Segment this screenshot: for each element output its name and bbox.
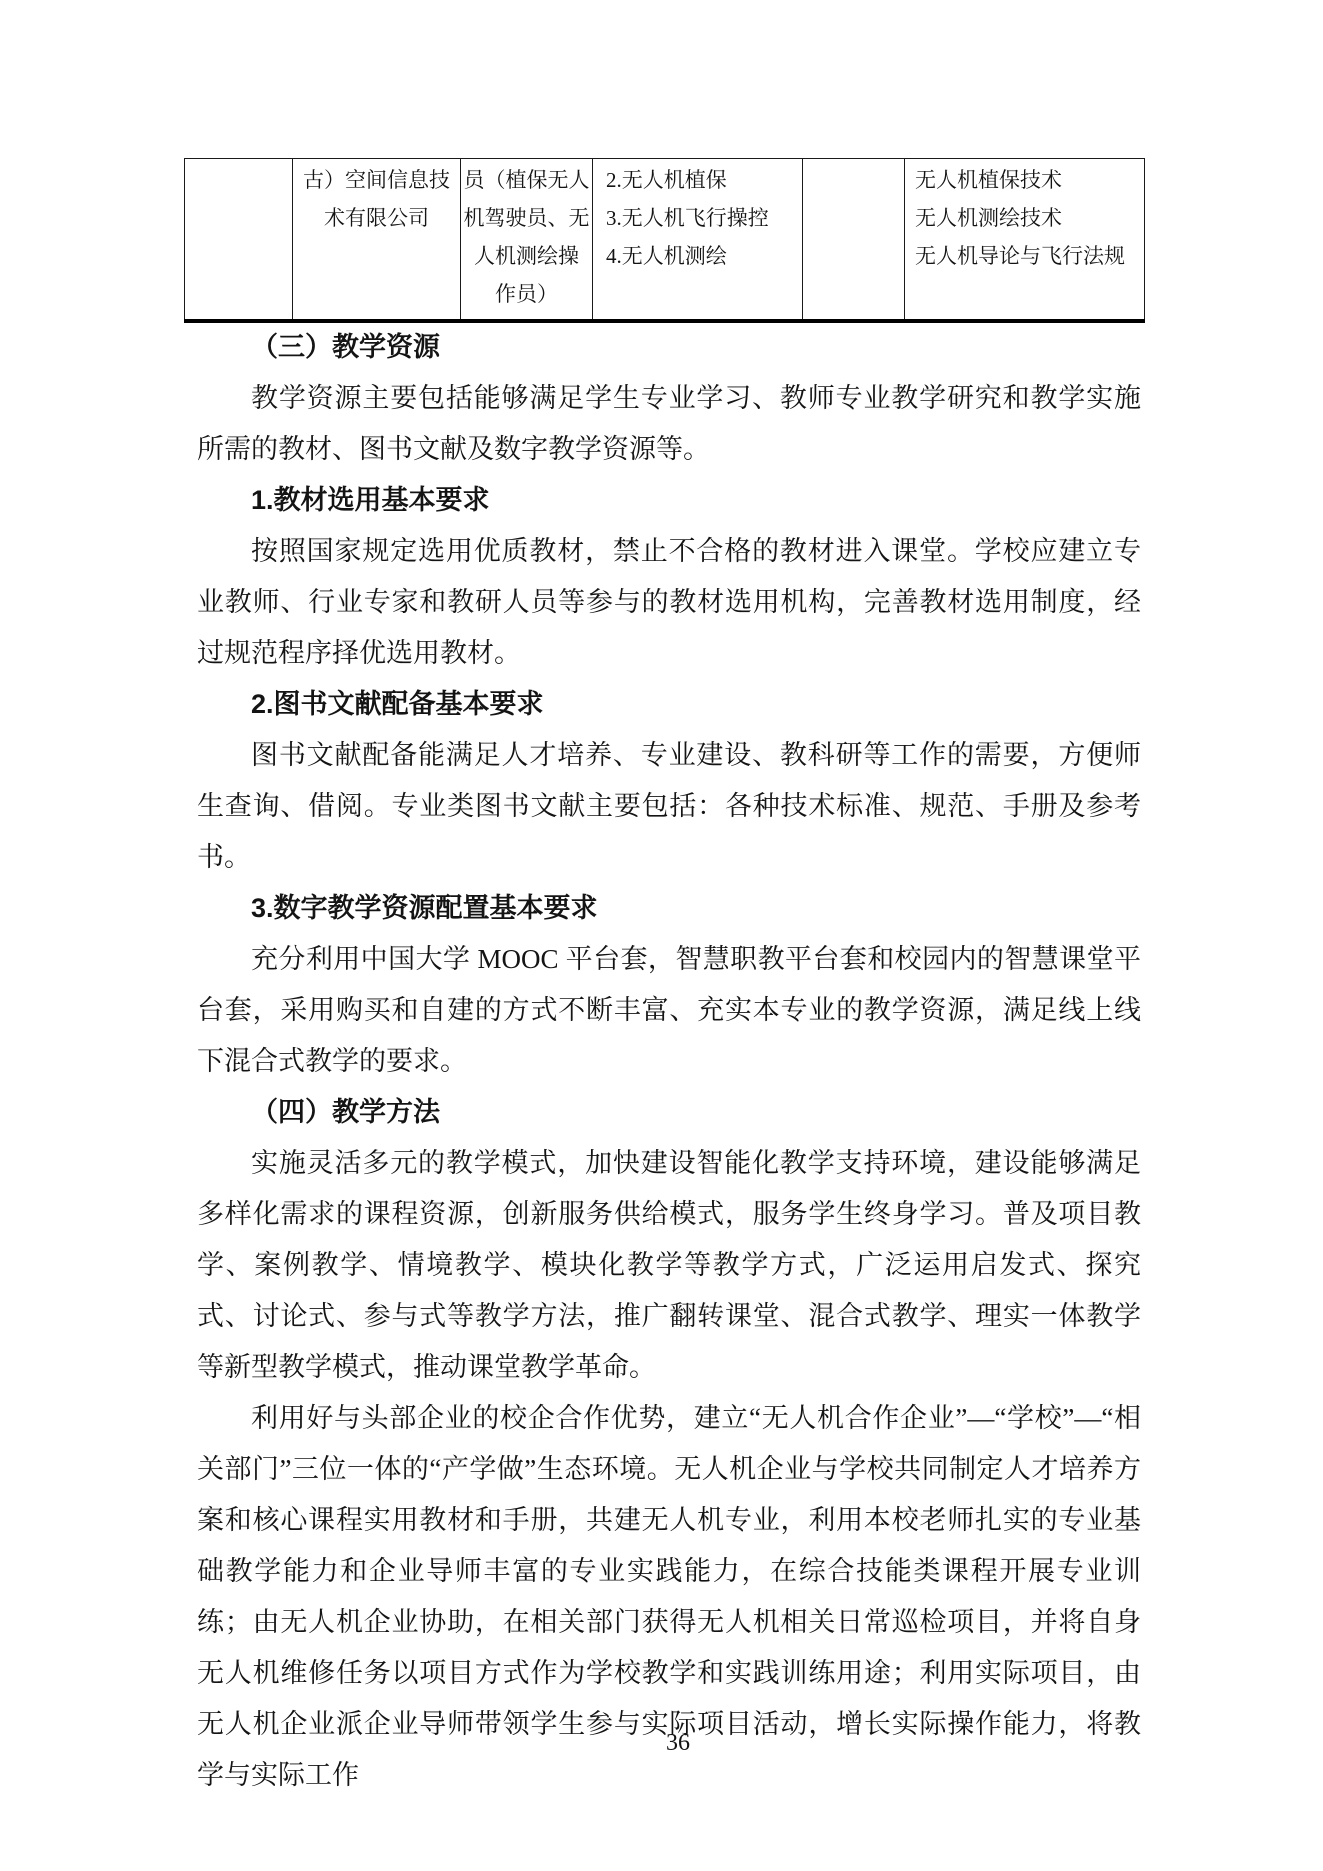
table-cell-positions: 员（植保无人 机驾驶员、无 人机测绘操 作员） [461, 159, 593, 322]
table-row: 古）空间信息技 术有限公司 员（植保无人 机驾驶员、无 人机测绘操 作员） 2.… [185, 159, 1145, 322]
table-cell-line: 古）空间信息技 [293, 161, 460, 199]
table-cell-line: 无人机测绘技术 [915, 199, 1144, 237]
table-cell-line: 无人机植保技术 [915, 161, 1144, 199]
paragraph: 充分利用中国大学 MOOC 平台套，智慧职教平台套和校园内的智慧课堂平台套，采用… [197, 934, 1141, 1087]
subheading-textbook-selection: 1.教材选用基本要求 [197, 475, 1141, 526]
paragraph: 教学资源主要包括能够满足学生专业学习、教师专业教学研究和教学实施所需的教材、图书… [197, 373, 1141, 475]
table-cell-courses: 无人机植保技术 无人机测绘技术 无人机导论与飞行法规 [905, 159, 1145, 322]
table-cell-empty-1 [185, 159, 293, 322]
table-cell-company: 古）空间信息技 术有限公司 [293, 159, 461, 322]
table-cell-line: 3.无人机飞行操控 [606, 199, 802, 237]
table-cell-line: 无人机导论与飞行法规 [915, 237, 1144, 275]
paragraph: 按照国家规定选用优质教材，禁止不合格的教材进入课堂。学校应建立专业教师、行业专家… [197, 526, 1141, 679]
paragraph: 实施灵活多元的教学模式，加快建设智能化教学支持环境，建设能够满足多样化需求的课程… [197, 1138, 1141, 1393]
table-cell-empty-2 [803, 159, 905, 322]
paragraph: 图书文献配备能满足人才培养、专业建设、教科研等工作的需要，方便师生查询、借阅。专… [197, 730, 1141, 883]
document-page: 古）空间信息技 术有限公司 员（植保无人 机驾驶员、无 人机测绘操 作员） 2.… [0, 0, 1323, 1871]
page-number: 36 [0, 1727, 1323, 1759]
section-heading-teaching-methods: （四）教学方法 [197, 1087, 1141, 1138]
document-body: （三）教学资源 教学资源主要包括能够满足学生专业学习、教师专业教学研究和教学实施… [197, 322, 1141, 1801]
table-cell-line: 4.无人机测绘 [606, 237, 802, 275]
partnership-table: 古）空间信息技 术有限公司 员（植保无人 机驾驶员、无 人机测绘操 作员） 2.… [184, 158, 1145, 323]
subheading-digital-resources: 3.数字教学资源配置基本要求 [197, 883, 1141, 934]
table-cell-line: 术有限公司 [293, 199, 460, 237]
table-cell-line: 作员） [461, 275, 592, 313]
section-heading-teaching-resources: （三）教学资源 [197, 322, 1141, 373]
table-cell-line: 2.无人机植保 [606, 161, 802, 199]
table-cell-line: 机驾驶员、无 [461, 199, 592, 237]
table-cell-tasks: 2.无人机植保 3.无人机飞行操控 4.无人机测绘 [593, 159, 803, 322]
subheading-library-literature: 2.图书文献配备基本要求 [197, 679, 1141, 730]
table-cell-line: 人机测绘操 [461, 237, 592, 275]
table-cell-line: 员（植保无人 [461, 161, 592, 199]
